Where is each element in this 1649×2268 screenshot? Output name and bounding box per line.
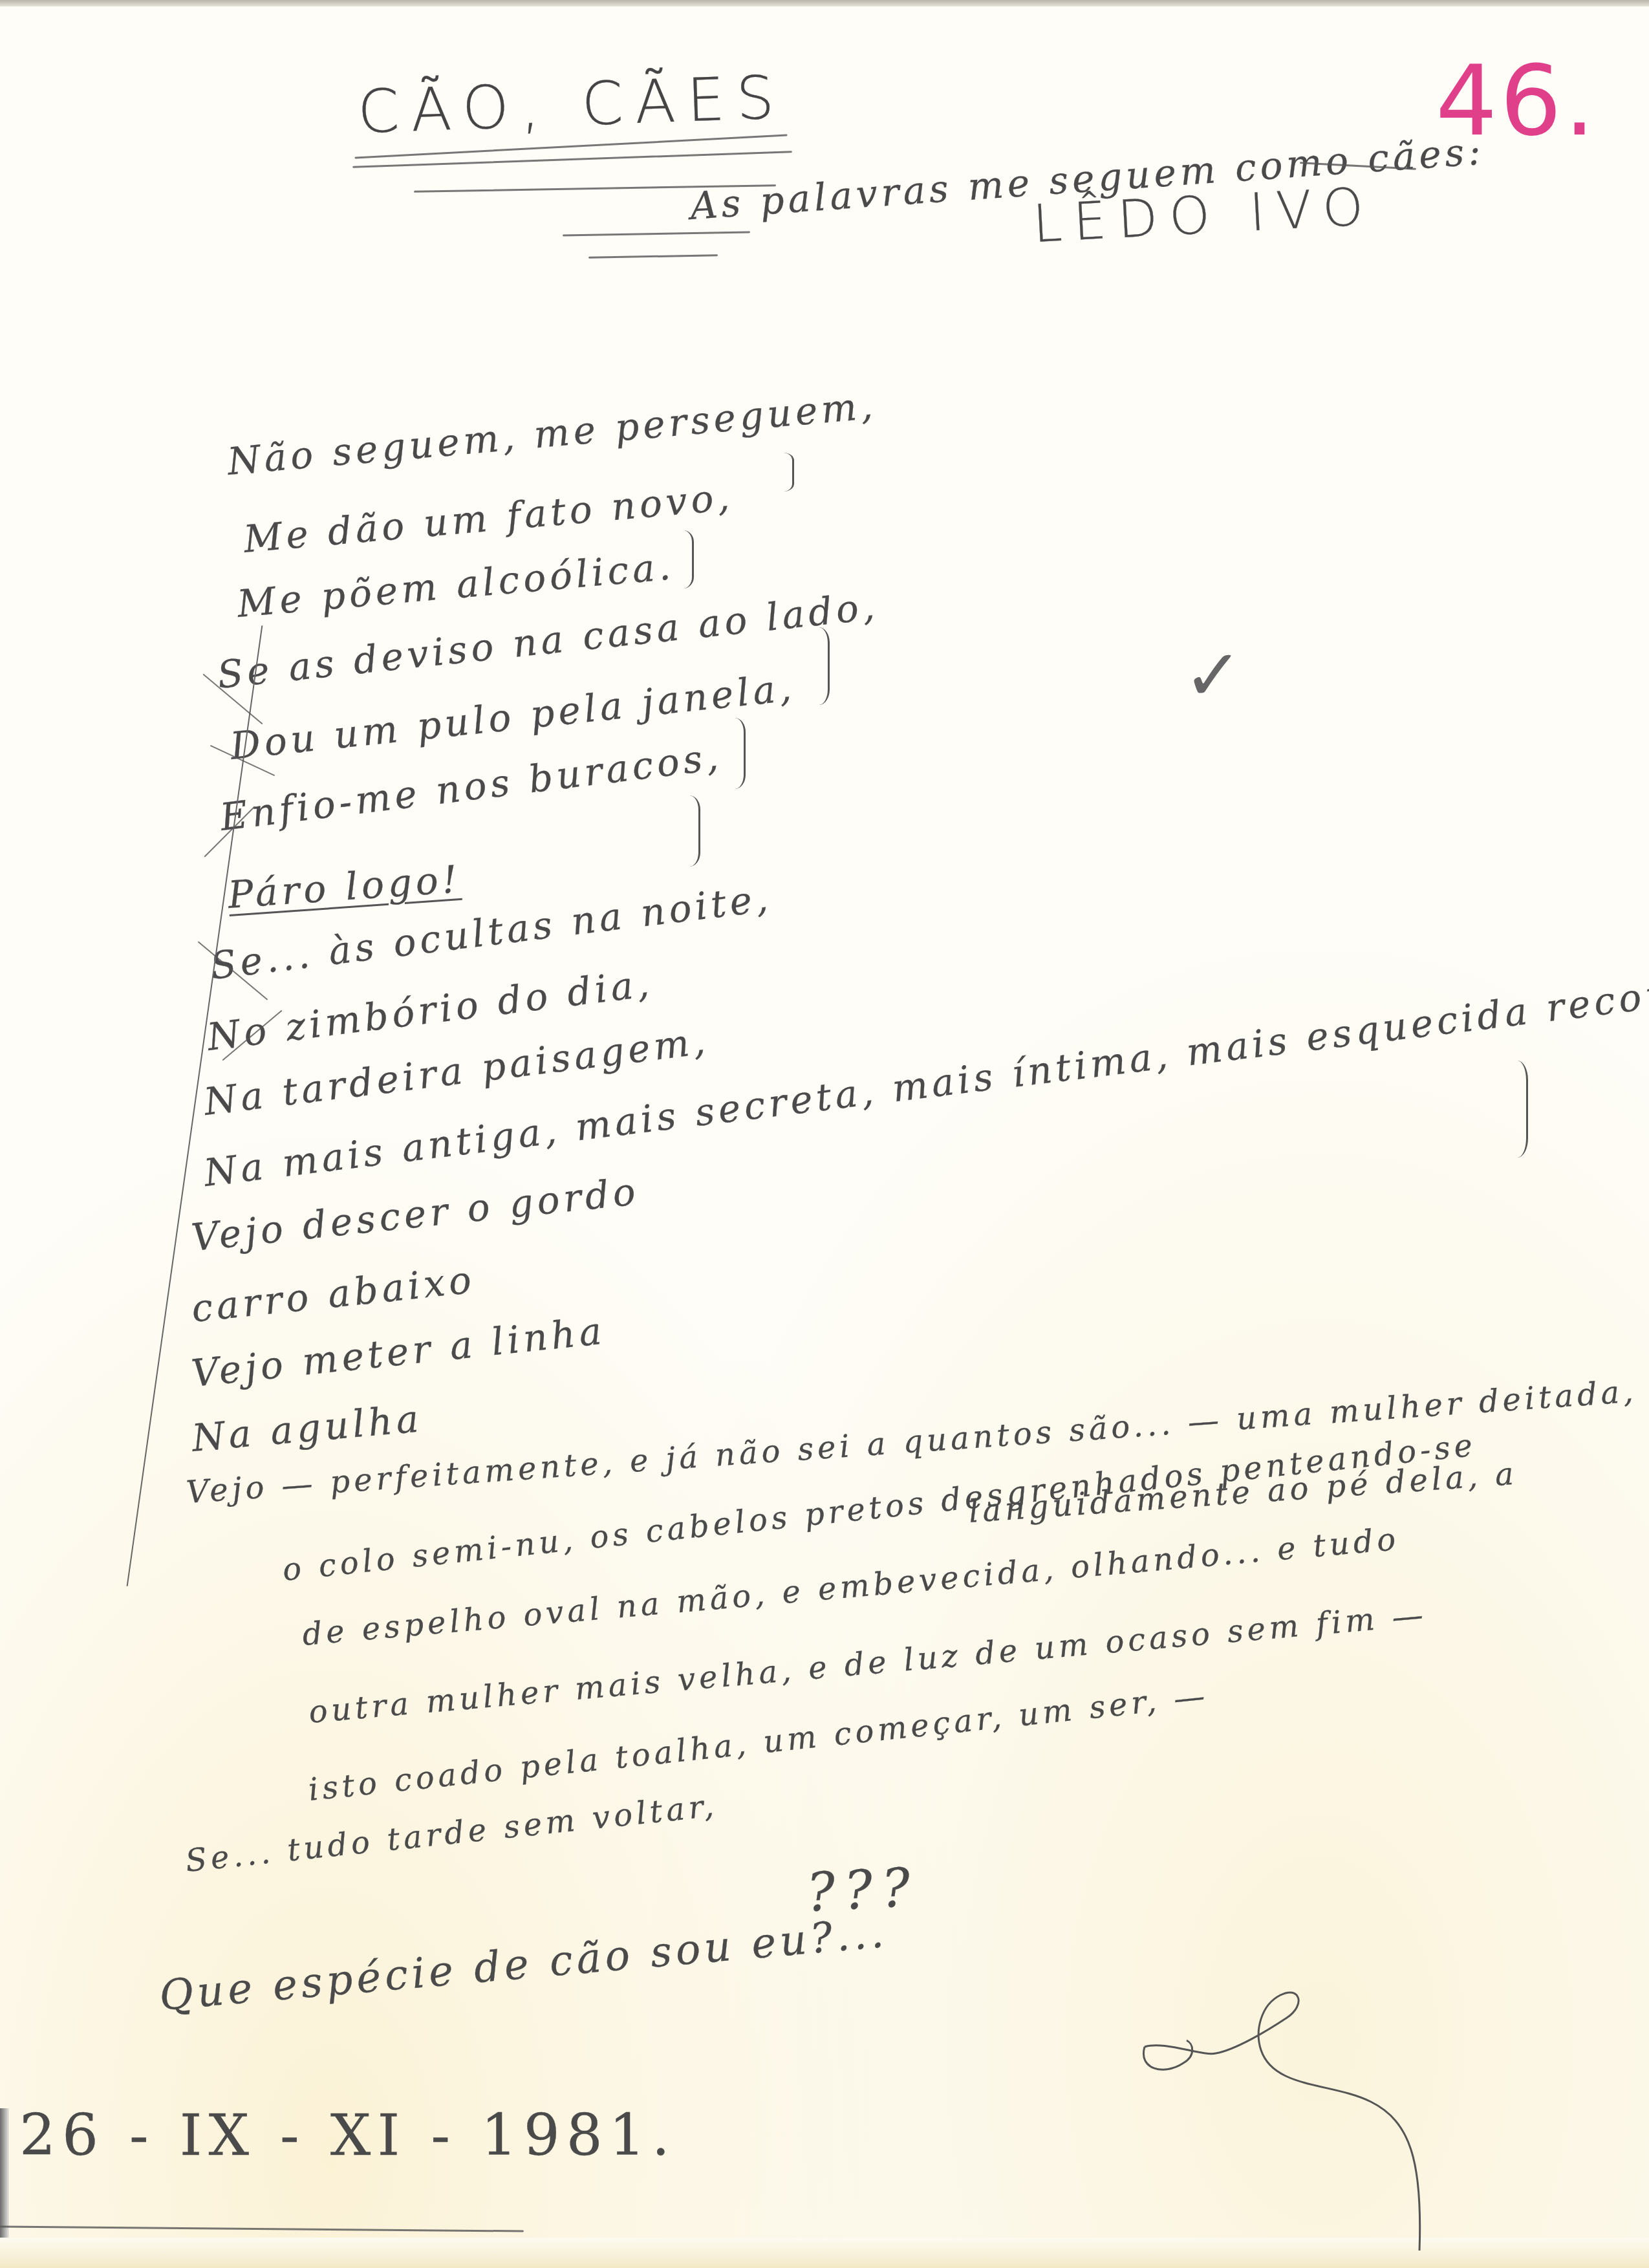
line-end-mark-2: [673, 530, 694, 589]
poem-title: CÃO, CÃES: [356, 63, 787, 147]
line-end-mark-6: [1507, 1061, 1528, 1158]
poem-line-15: Na agulha: [190, 1396, 424, 1460]
poem-line-7: Páro logo!: [226, 857, 462, 917]
epigraph-dash-2: [588, 254, 718, 258]
poem-line-22: Se... tudo tarde sem voltar,: [184, 1787, 719, 1879]
scan-top-edge: [0, 0, 1649, 6]
date: 26 - IX - XI - 1981.: [19, 2102, 676, 2168]
signature-icon: [1138, 1979, 1461, 2251]
epigraph-dash-1: [563, 231, 750, 236]
date-underline: [0, 2225, 524, 2232]
line-end-mark-1: [773, 453, 794, 491]
manuscript-page: CÃO, CÃES 46. As palavras me seguem como…: [0, 0, 1649, 2268]
closing-line: Que espécie de cão sou eu?...: [158, 1909, 890, 2020]
line-end-mark-4: [724, 718, 746, 789]
line-end-mark-3: [808, 627, 830, 705]
poem-line-13: carro abaixo: [189, 1257, 477, 1331]
checkmark-icon: ✓: [1183, 634, 1243, 717]
line-end-mark-5: [679, 795, 700, 867]
